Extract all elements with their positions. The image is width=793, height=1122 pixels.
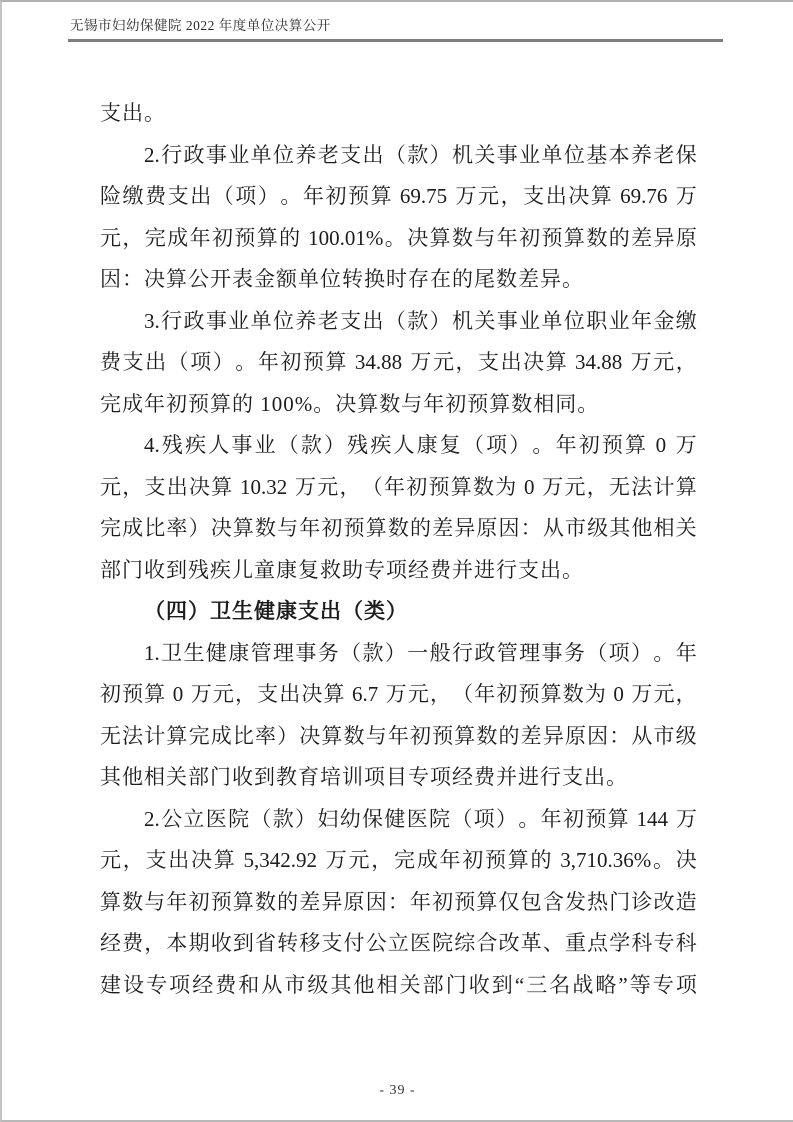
text-line: 初预算 0 万元，支出决算 6.7 万元，（年初预算数为 0 万元， bbox=[100, 674, 697, 716]
text-line: 算数与年初预算数的差异原因：年初预算仅包含发热门诊改造 bbox=[100, 882, 697, 924]
header-title: 无锡市妇幼保健院 2022 年度单位决算公开 bbox=[70, 14, 331, 34]
text-line: 元，完成年初预算的 100.01%。决算数与年初预算数的差异原 bbox=[100, 218, 697, 260]
text-line: 元，支出决算 10.32 万元，（年初预算数为 0 万元，无法计算 bbox=[100, 467, 697, 509]
page-footer: - 39 - bbox=[2, 1083, 793, 1099]
text-line: 1.卫生健康管理事务（款）一般行政管理事务（项）。年 bbox=[100, 633, 697, 675]
text-line: 完成年初预算的 100%。决算数与年初预算数相同。 bbox=[100, 384, 697, 426]
document-page: 无锡市妇幼保健院 2022 年度单位决算公开 支出。 2.行政事业单位养老支出（… bbox=[0, 0, 793, 1122]
text-line: 部门收到残疾儿童康复救助专项经费并进行支出。 bbox=[100, 550, 697, 592]
section-heading: （四）卫生健康支出（类） bbox=[100, 591, 697, 633]
text-line: 完成比率）决算数与年初预算数的差异原因：从市级其他相关 bbox=[100, 508, 697, 550]
page-number: - 39 - bbox=[379, 1083, 415, 1098]
text-line: 其他相关部门收到教育培训项目专项经费并进行支出。 bbox=[100, 757, 697, 799]
text-line: 无法计算完成比率）决算数与年初预算数的差异原因：从市级 bbox=[100, 716, 697, 758]
text-line: 经费，本期收到省转移支付公立医院综合改革、重点学科专科 bbox=[100, 923, 697, 965]
text-line: 4.残疾人事业（款）残疾人康复（项）。年初预算 0 万 bbox=[100, 425, 697, 467]
text-line: 支出。 bbox=[100, 93, 697, 135]
text-line: 2.公立医院（款）妇幼保健医院（项）。年初预算 144 万 bbox=[100, 799, 697, 841]
header-rule-divider bbox=[68, 39, 723, 42]
text-line: 元，支出决算 5,342.92 万元，完成年初预算的 3,710.36%。决 bbox=[100, 840, 697, 882]
text-line: 2.行政事业单位养老支出（款）机关事业单位基本养老保 bbox=[100, 135, 697, 177]
text-line: 险缴费支出（项）。年初预算 69.75 万元，支出决算 69.76 万 bbox=[100, 176, 697, 218]
document-body: 支出。 2.行政事业单位养老支出（款）机关事业单位基本养老保 险缴费支出（项）。… bbox=[100, 93, 697, 1006]
text-line: 因：决算公开表金额单位转换时存在的尾数差异。 bbox=[100, 259, 697, 301]
text-line: 3.行政事业单位养老支出（款）机关事业单位职业年金缴 bbox=[100, 301, 697, 343]
text-line: 建设专项经费和从市级其他相关部门收到“三名战略”等专项 bbox=[100, 965, 697, 1007]
text-line: 费支出（项）。年初预算 34.88 万元，支出决算 34.88 万元， bbox=[100, 342, 697, 384]
